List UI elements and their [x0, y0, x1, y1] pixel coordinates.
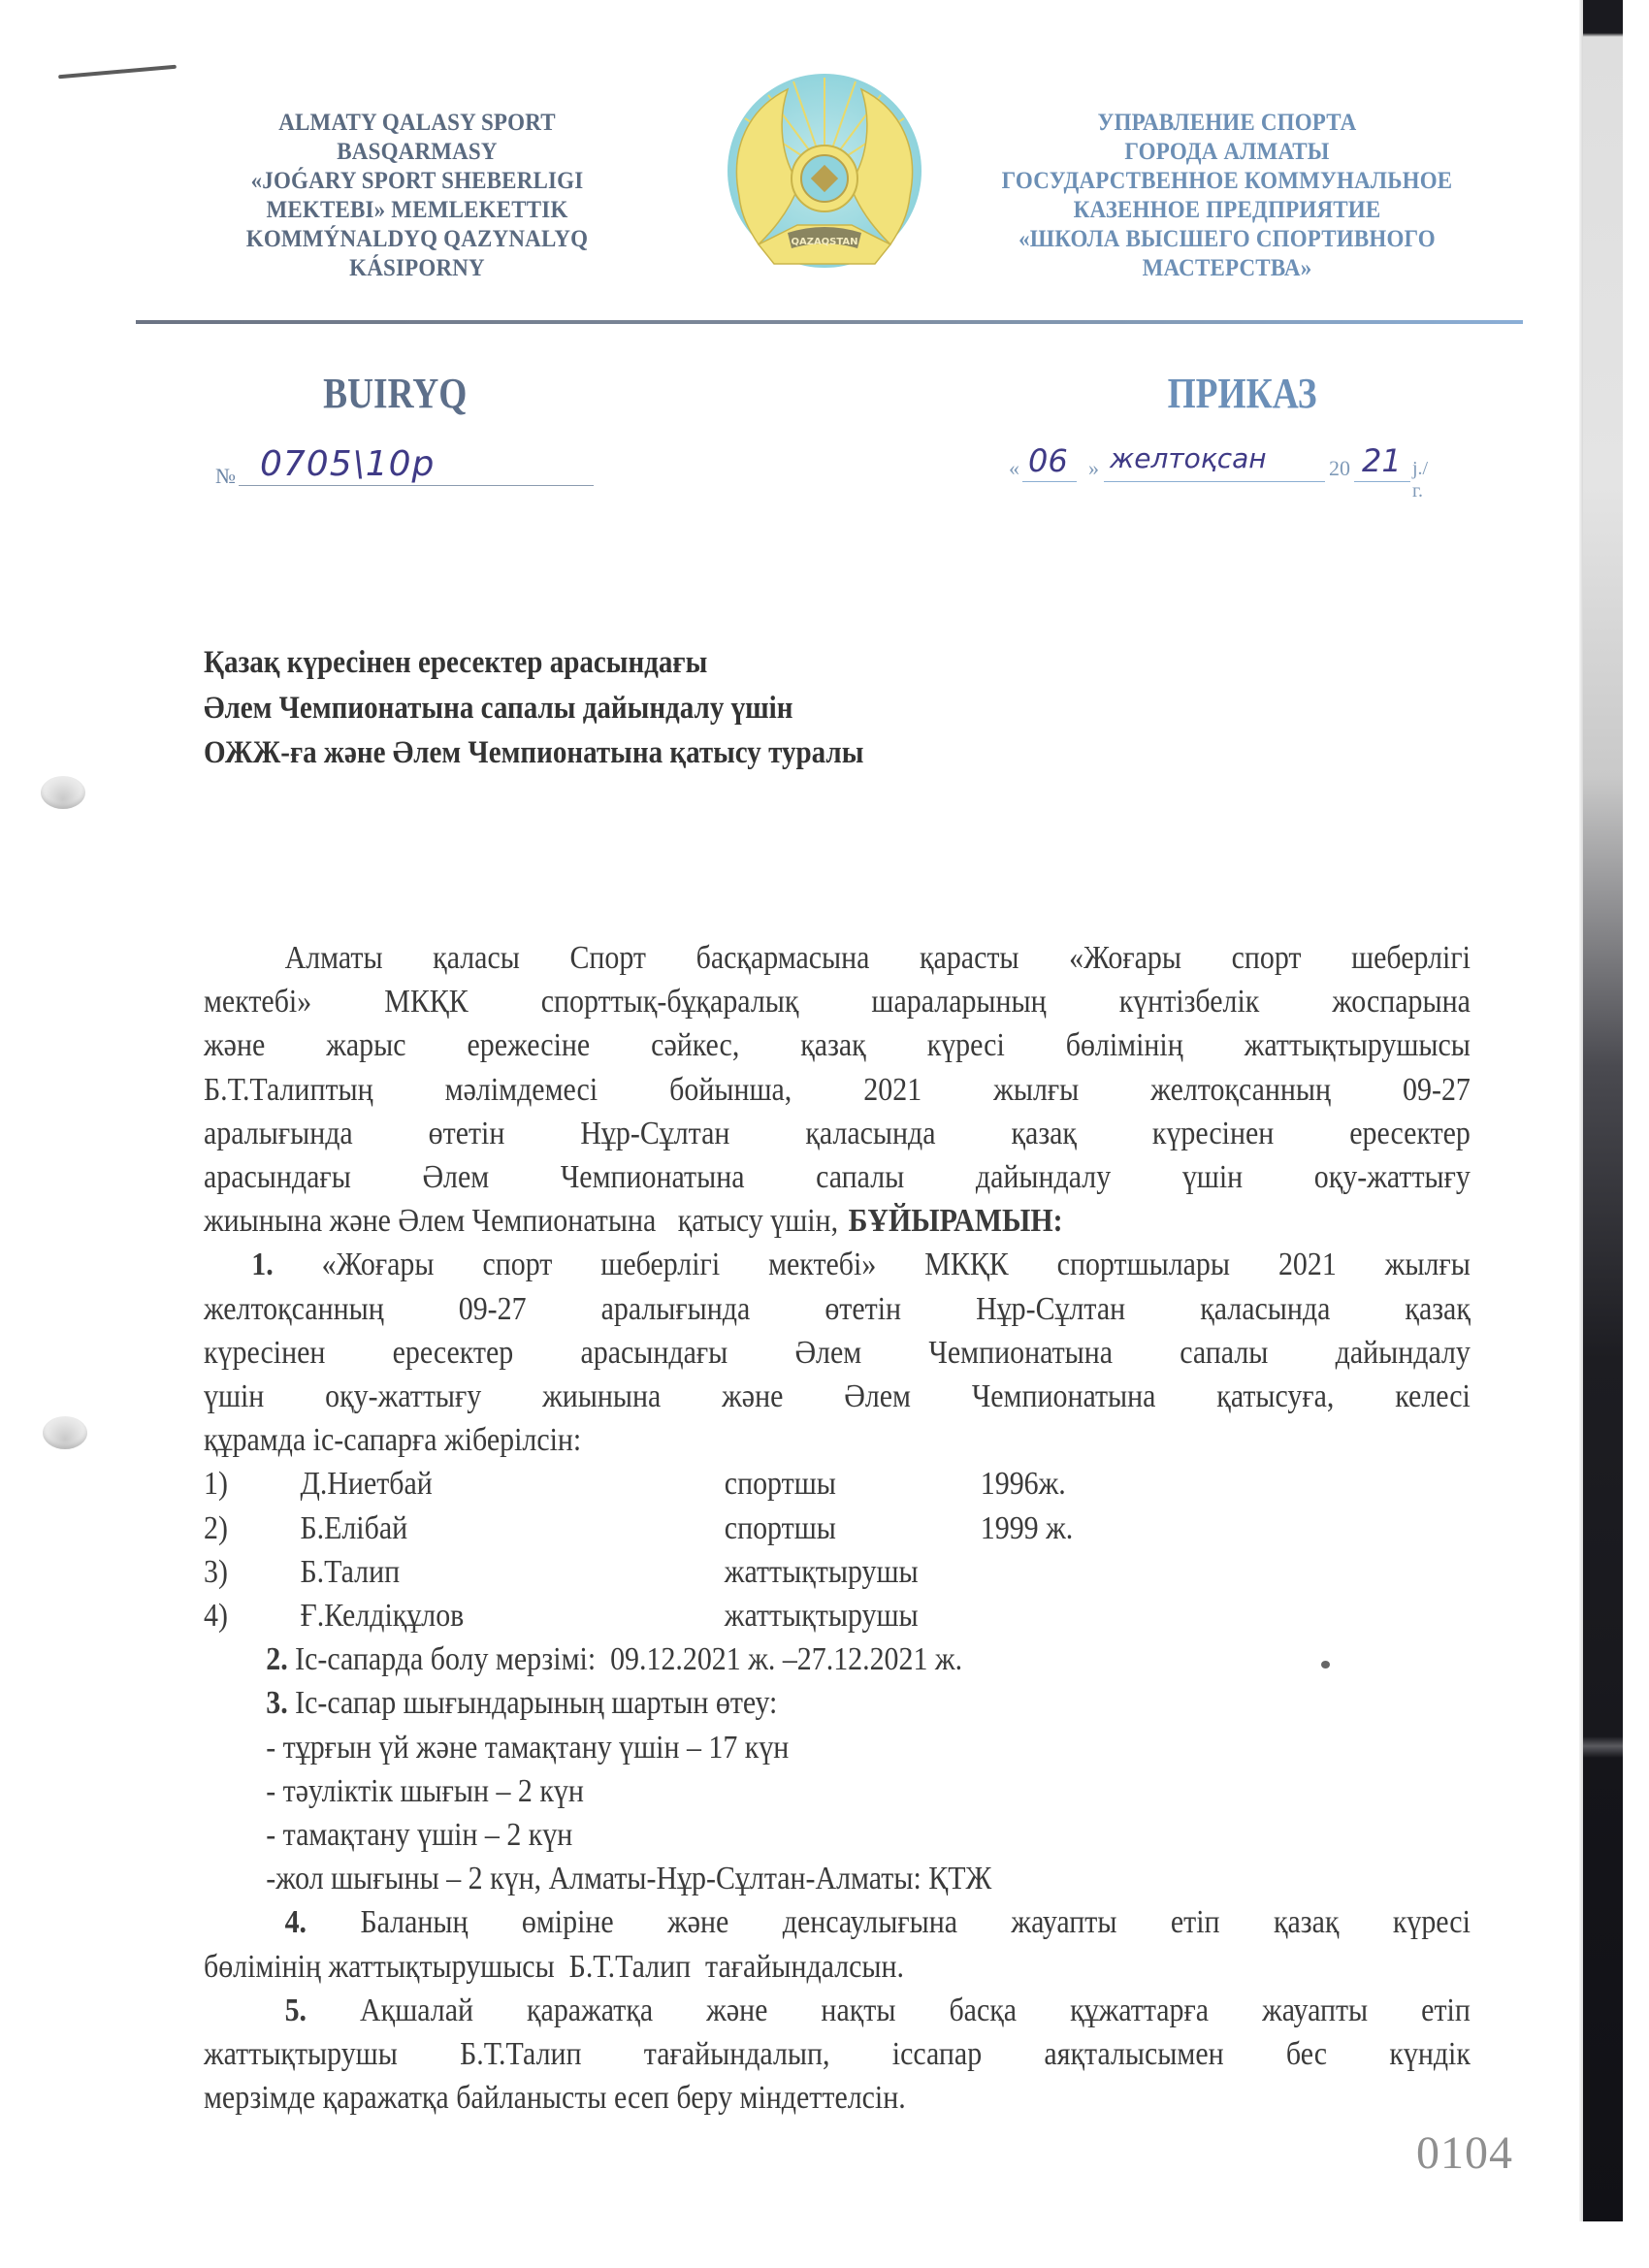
- word: мектебі»: [768, 1243, 876, 1286]
- word: өтетін: [824, 1287, 901, 1331]
- word: 2021: [1278, 1243, 1337, 1286]
- word: және: [706, 1989, 767, 2032]
- word: қазақ: [1405, 1287, 1470, 1331]
- item-1-line: үшіноқу-жаттығужиынынажәнеӘлемЧемпионаты…: [204, 1375, 1471, 1418]
- item-number: 3.: [266, 1681, 287, 1725]
- list-item: 1) Д.Ниетбай спортшы 1996ж.: [204, 1462, 1471, 1506]
- word: дайындалу: [1336, 1331, 1471, 1375]
- order-number-value: 0705\10р: [260, 444, 435, 484]
- word: басқа: [949, 1989, 1017, 2032]
- date-year-suffix: 21: [1362, 442, 1402, 479]
- header-right-line: ГОРОДА АЛМАТЫ: [977, 138, 1476, 167]
- list-item: 2) Б.Елібай спортшы 1999 ж.: [204, 1507, 1471, 1550]
- item-5-line: 5.Ақшалайқаражатқажәненақтыбасқақұжаттар…: [204, 1989, 1471, 2032]
- participant-name: Б.Елібай: [300, 1507, 724, 1550]
- word: мектебі»: [204, 980, 311, 1023]
- item-4: 4.Баланыңөмірінежәнеденсаулығынажауаптые…: [204, 1900, 1471, 1988]
- word: өтетін: [429, 1112, 505, 1155]
- preamble-line: Б.Т.Талиптыңмәлімдемесібойынша,2021жылғы…: [204, 1068, 1471, 1112]
- word: күресінен: [1152, 1112, 1274, 1155]
- item-1-line: құрамда іс-сапарға жіберілсін:: [204, 1418, 1471, 1462]
- word: және: [204, 1023, 265, 1067]
- item-1-line: күресіненересектерарасындағыӘлемЧемпиона…: [204, 1331, 1471, 1375]
- word: келесі: [1395, 1375, 1471, 1418]
- word: 09-27: [1403, 1068, 1471, 1112]
- expense-item: - тұрғын үй және тамақтану үшін – 17 күн: [204, 1726, 1471, 1769]
- word: және: [667, 1900, 728, 1944]
- preamble-line: аралығындаөтетінНұр-Сұлтанқаласындақазақ…: [204, 1112, 1471, 1155]
- preamble-line: АлматықаласыСпортбасқармасынақарасты«Жоғ…: [204, 936, 1471, 980]
- item-number: 5.: [285, 1989, 307, 2032]
- document-body: АлматықаласыСпортбасқармасынақарасты«Жоғ…: [204, 936, 1471, 2120]
- word: 2021: [863, 1068, 921, 1112]
- item-1-last-text: құрамда іс-сапарға жіберілсін:: [204, 1418, 581, 1462]
- header-left-line: KÁSIPORNY: [167, 254, 666, 283]
- title-line: Қазақ күресінен ересектер арасындағы: [204, 640, 863, 686]
- item-4-last-text: бөлімінің жаттықтырушысы Б.Т.Талип тағай…: [204, 1945, 904, 1989]
- title-line: ОЖЖ-ға және Әлем Чемпионатына қатысу тур…: [204, 730, 863, 776]
- word: қатысуға,: [1216, 1375, 1334, 1418]
- header-left-line: «JOǴARY SPORT SHEBERLIGI: [167, 167, 666, 196]
- participant-number: 3): [204, 1550, 300, 1594]
- word: жауапты: [1262, 1989, 1368, 2032]
- participant-name: Д.Ниетбай: [300, 1462, 724, 1506]
- word: желтоқсанның: [1150, 1068, 1331, 1112]
- date-day: 06: [1028, 442, 1068, 479]
- participant-year: 1996ж.: [981, 1462, 1066, 1506]
- preamble-line: мектебі»МКҚКспорттық-бұқаралықшараларыны…: [204, 980, 1471, 1023]
- item-5-line: жаттықтырушыБ.Т.Талиптағайындалып,іссапа…: [204, 2032, 1471, 2076]
- item-1: 1.«Жоғарыспортшеберлігімектебі»МКҚКспорт…: [204, 1243, 1471, 1462]
- doc-type-kazakh: BUIRYQ: [323, 369, 467, 418]
- date-month: желтоқсан: [1110, 442, 1267, 474]
- word: 09-27: [459, 1287, 527, 1331]
- order-number-underline: [239, 485, 594, 486]
- preamble-last-text: жиынына және Әлем Чемпионатына қатысу үш…: [204, 1199, 838, 1243]
- word: етіп: [1171, 1900, 1220, 1944]
- word: шеберлігі: [1351, 936, 1471, 980]
- word: қазақ: [1012, 1112, 1077, 1155]
- item-3-text: Іс-сапар шығындарының шартын өтеу:: [295, 1681, 777, 1725]
- participants-list: 1) Д.Ниетбай спортшы 1996ж. 2) Б.Елібай …: [204, 1462, 1471, 1637]
- word: жаттықтырушы: [204, 2032, 398, 2076]
- word: арасындағы: [580, 1331, 727, 1375]
- word: Чемпионатына: [928, 1331, 1113, 1375]
- word: тағайындалып,: [644, 2032, 830, 2076]
- title-line: Әлем Чемпионатына сапалы дайындалу үшін: [204, 686, 863, 731]
- header-left-kazakh: ALMATY QALASY SPORT BASQARMASY «JOǴARY S…: [167, 109, 666, 283]
- header-left-line: BASQARMASY: [167, 138, 666, 167]
- item-2: 2. Іс-сапарда болу мерзімі: 09.12.2021 ж…: [204, 1637, 1471, 1681]
- preamble-line: жиынына және Әлем Чемпионатына қатысу үш…: [204, 1199, 1471, 1243]
- word: Нұр-Сұлтан: [976, 1287, 1125, 1331]
- header-right-line: «ШКОЛА ВЫСШЕГО СПОРТИВНОГО: [977, 225, 1476, 254]
- participant-number: 2): [204, 1507, 300, 1550]
- word: күнтізбелік: [1119, 980, 1260, 1023]
- word: МКҚК: [924, 1243, 1008, 1286]
- word: бөлімінің: [1066, 1023, 1183, 1067]
- item-number: 2.: [266, 1637, 287, 1681]
- word: қазақ: [800, 1023, 865, 1067]
- header-right-line: ГОСУДАРСТВЕННОЕ КОММУНАЛЬНОЕ: [977, 167, 1476, 196]
- item-number: 4.: [285, 1900, 307, 1944]
- header-right-line: УПРАВЛЕНИЕ СПОРТА: [977, 109, 1476, 138]
- expense-item: -жол шығыны – 2 күн, Алматы-Нұр-Сұлтан-А…: [204, 1857, 1471, 1900]
- word: қаласында: [805, 1112, 935, 1155]
- word: спорт: [1232, 936, 1302, 980]
- word: нақты: [821, 1989, 895, 2032]
- word: жоспарына: [1332, 980, 1471, 1023]
- item-1-line: желтоқсанның09-27аралығындаөтетінНұр-Сұл…: [204, 1287, 1471, 1331]
- item-3: 3. Іс-сапар шығындарының шартын өтеу: - …: [204, 1681, 1471, 1900]
- item-3-heading: 3. Іс-сапар шығындарының шартын өтеу:: [204, 1681, 1471, 1725]
- doc-type-russian: ПРИКАЗ: [1168, 369, 1317, 418]
- word: Әлем: [844, 1375, 911, 1418]
- word: бойынша,: [669, 1068, 792, 1112]
- word: өміріне: [522, 1900, 614, 1944]
- word: ережесіне: [467, 1023, 590, 1067]
- date-day-underline: [1022, 481, 1077, 482]
- item-4-line: 4.Баланыңөмірінежәнеденсаулығынажауаптые…: [204, 1900, 1471, 1944]
- word: Б.Т.Талип: [460, 2032, 581, 2076]
- word: мәлімдемесі: [445, 1068, 598, 1112]
- word: құжаттарға: [1070, 1989, 1209, 2032]
- word: жауапты: [1011, 1900, 1116, 1944]
- participant-name: Б.Талип: [300, 1550, 724, 1594]
- word: және: [722, 1375, 783, 1418]
- word: жылғы: [1385, 1243, 1471, 1286]
- header-left-line: MEKTEBI» MEMLEKETTIK: [167, 196, 666, 225]
- word: ересектер: [1349, 1112, 1471, 1155]
- date-month-underline: [1104, 481, 1325, 482]
- word: аяқталысымен: [1044, 2032, 1223, 2076]
- word: спорттық-бұқаралық: [541, 980, 799, 1023]
- item-5-line: мерзімде қаражатқа байланысты есеп беру …: [204, 2076, 1471, 2120]
- word: шеберлігі: [600, 1243, 720, 1286]
- word: жаттықтырушысы: [1245, 1023, 1471, 1067]
- preamble-paragraph: АлматықаласыСпортбасқармасынақарасты«Жоғ…: [204, 936, 1471, 1243]
- word: «Жоғары: [1069, 936, 1181, 980]
- list-item: 3) Б.Талип жаттықтырушы: [204, 1550, 1471, 1594]
- word: Чемпионатына: [561, 1155, 745, 1199]
- header-right-line: МАСТЕРСТВА»: [977, 254, 1476, 283]
- word: Чемпионатына: [972, 1375, 1156, 1418]
- participant-role: жаттықтырушы: [725, 1594, 981, 1637]
- word: қаласында: [1200, 1287, 1330, 1331]
- word: шараларының: [871, 980, 1046, 1023]
- word: Әлем: [794, 1331, 861, 1375]
- word: басқармасына: [696, 936, 870, 980]
- word: жиынына: [542, 1375, 661, 1418]
- participant-number: 4): [204, 1594, 300, 1637]
- word: қарасты: [920, 936, 1019, 980]
- participant-role: спортшы: [725, 1462, 981, 1506]
- item-4-line: бөлімінің жаттықтырушысы Б.Т.Талип тағай…: [204, 1945, 1471, 1989]
- decree-word: БҰЙЫРАМЫН:: [849, 1199, 1063, 1243]
- date-year-unit: j./г.: [1412, 458, 1428, 502]
- header-right-russian: УПРАВЛЕНИЕ СПОРТА ГОРОДА АЛМАТЫ ГОСУДАРС…: [977, 109, 1476, 283]
- word: денсаулығына: [783, 1900, 957, 1944]
- expense-item: - тәуліктік шығын – 2 күн: [204, 1769, 1471, 1813]
- word: Баланың: [360, 1900, 468, 1944]
- word: күресінен: [204, 1331, 325, 1375]
- word: «Жоғары: [322, 1243, 435, 1286]
- word: жылғы: [993, 1068, 1079, 1112]
- pen-mark: [58, 65, 177, 80]
- word: қаласы: [433, 936, 520, 980]
- word: аралығында: [204, 1112, 353, 1155]
- word: қаражатқа: [527, 1989, 653, 2032]
- word: сапалы: [816, 1155, 904, 1199]
- page-number: 0104: [1416, 2126, 1513, 2180]
- word: Әлем: [422, 1155, 489, 1199]
- preamble-line: арасындағыӘлемЧемпионатынасапалыдайындал…: [204, 1155, 1471, 1199]
- item-5: 5.Ақшалайқаражатқажәненақтыбасқақұжаттар…: [204, 1989, 1471, 2121]
- date-year-underline: [1354, 481, 1410, 482]
- word: оқу-жаттығу: [325, 1375, 481, 1418]
- word: қазақ: [1274, 1900, 1339, 1944]
- word: Спорт: [569, 936, 646, 980]
- preamble-line: жәнежарысережесінесәйкес,қазақкүресібөлі…: [204, 1023, 1471, 1067]
- punch-hole-bottom: [43, 1416, 87, 1449]
- participant-role: жаттықтырушы: [725, 1550, 981, 1594]
- participant-number: 1): [204, 1462, 300, 1506]
- word: дайындалу: [976, 1155, 1111, 1199]
- date-close-quote: »: [1088, 456, 1099, 481]
- participant-name: Ғ.Келдіқұлов: [300, 1594, 724, 1637]
- document-title: Қазақ күресінен ересектер арасындағы Әле…: [204, 640, 863, 776]
- word: аралығында: [601, 1287, 751, 1331]
- punch-hole-top: [41, 776, 85, 809]
- word: ересектер: [393, 1331, 514, 1375]
- state-emblem-icon: QAZAQSTAN: [720, 70, 929, 279]
- word: сапалы: [1180, 1331, 1268, 1375]
- order-number-label: №: [215, 464, 236, 489]
- svg-text:QAZAQSTAN: QAZAQSTAN: [791, 237, 857, 247]
- word: МКҚК: [384, 980, 468, 1023]
- word: Ақшалай: [360, 1989, 473, 2032]
- word: спорт: [482, 1243, 552, 1286]
- item-2-text: Іс-сапарда болу мерзімі: 09.12.2021 ж. –…: [295, 1637, 962, 1681]
- word: Алматы: [285, 936, 383, 980]
- header-separator: [136, 320, 1523, 324]
- word: оқу-жаттығу: [1314, 1155, 1471, 1199]
- item-1-line: 1.«Жоғарыспортшеберлігімектебі»МКҚКспорт…: [204, 1243, 1471, 1286]
- item-number: 1.: [251, 1243, 273, 1286]
- word: күресі: [1393, 1900, 1471, 1944]
- word: арасындағы: [204, 1155, 351, 1199]
- word: Нұр-Сұлтан: [580, 1112, 729, 1155]
- date-open-quote: «: [1009, 456, 1019, 481]
- word: іссапар: [892, 2032, 982, 2076]
- participant-year: 1999 ж.: [981, 1507, 1073, 1550]
- scan-edge: [1583, 0, 1623, 2221]
- header-left-line: ALMATY QALASY SPORT: [167, 109, 666, 138]
- word: бес: [1286, 2032, 1327, 2076]
- header-left-line: KOMMÝNALDYQ QAZYNALYQ: [167, 225, 666, 254]
- word: үшін: [1182, 1155, 1243, 1199]
- word: етіп: [1421, 1989, 1471, 2032]
- word: сәйкес,: [651, 1023, 739, 1067]
- participant-role: спортшы: [725, 1507, 981, 1550]
- word: желтоқсанның: [204, 1287, 384, 1331]
- word: күресі: [927, 1023, 1005, 1067]
- word: үшін: [204, 1375, 264, 1418]
- list-item: 4) Ғ.Келдіқұлов жаттықтырушы: [204, 1594, 1471, 1637]
- word: күндік: [1389, 2032, 1471, 2076]
- word: жарыс: [326, 1023, 405, 1067]
- date-year-prefix: 20: [1329, 456, 1350, 481]
- word: Б.Т.Талиптың: [204, 1068, 373, 1112]
- word: спортшылары: [1057, 1243, 1230, 1286]
- expense-item: - тамақтану үшін – 2 күн: [204, 1813, 1471, 1857]
- item-5-last-text: мерзімде қаражатқа байланысты есеп беру …: [204, 2076, 906, 2120]
- header-right-line: КАЗЕННОЕ ПРЕДПРИЯТИЕ: [977, 196, 1476, 225]
